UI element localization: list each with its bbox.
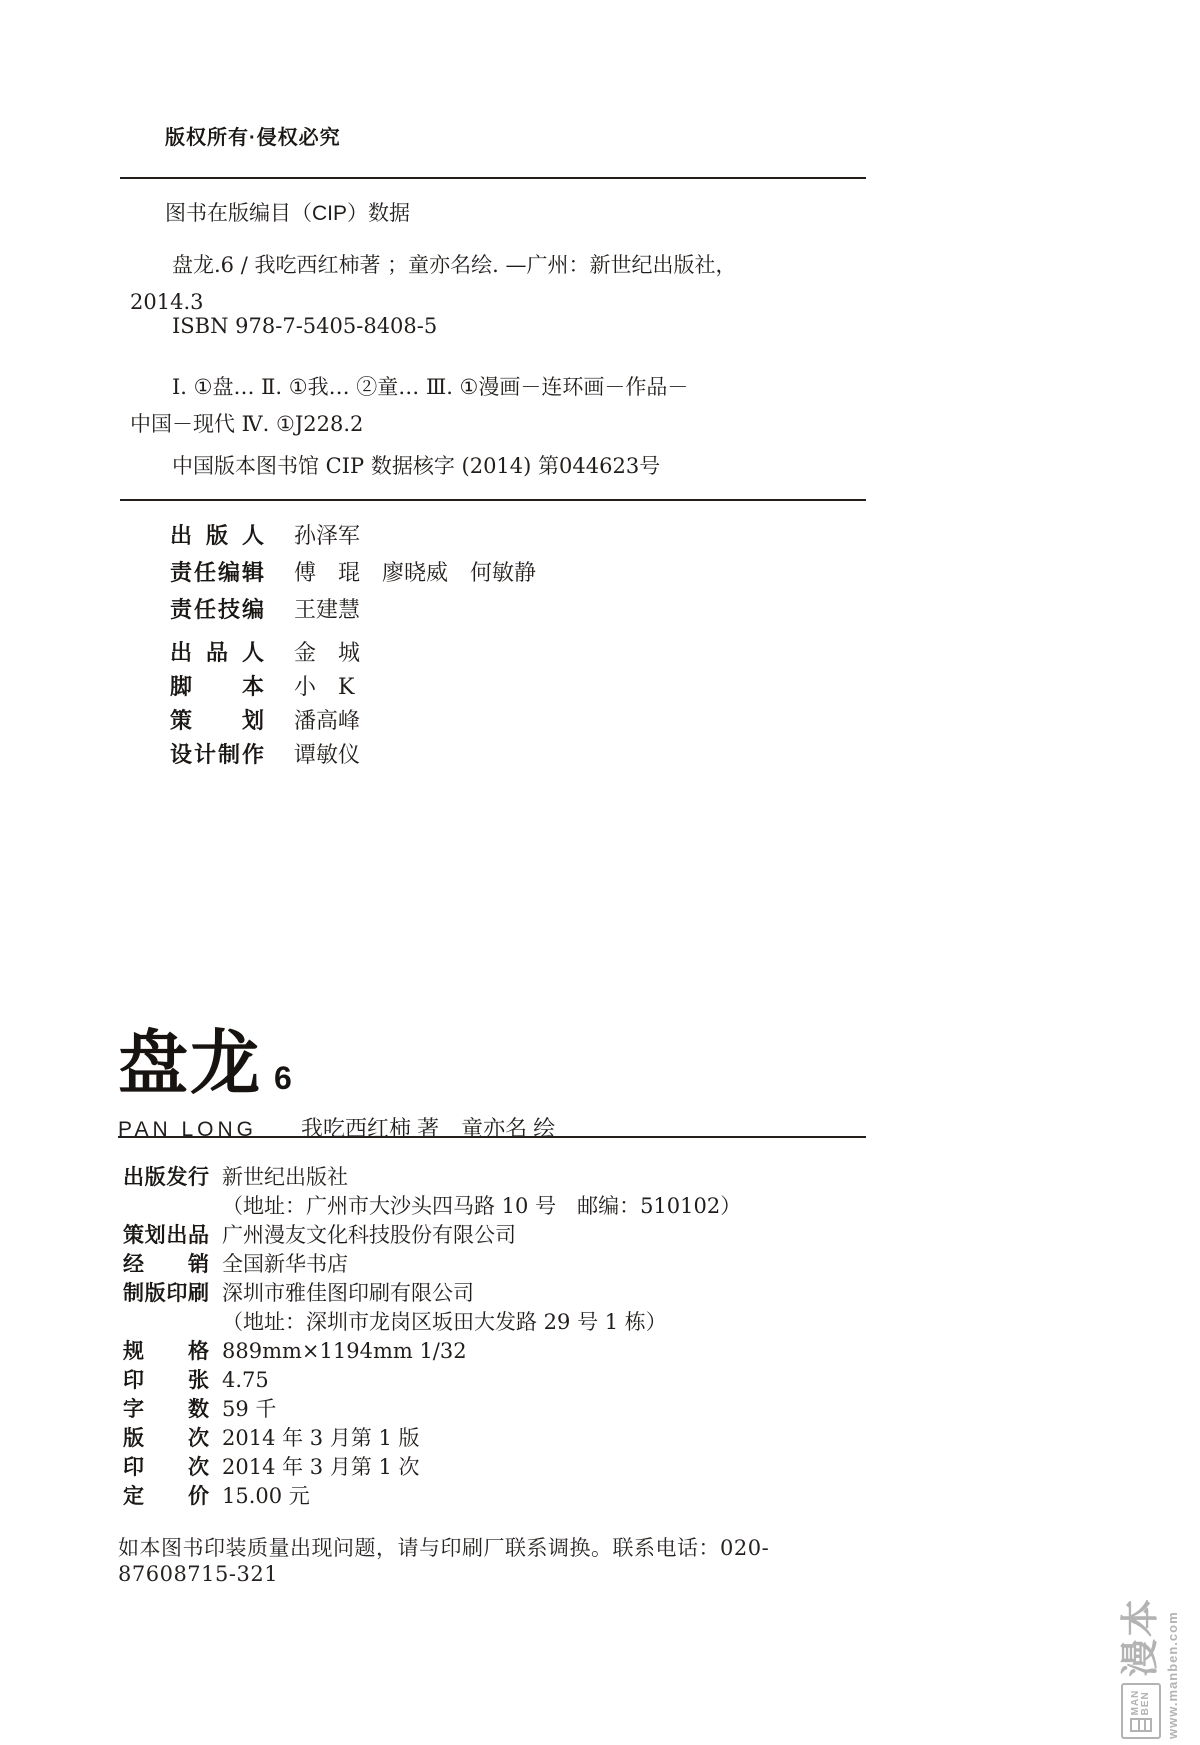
data-row: 责任编辑傅 琨 廖晓威 何敏静 [170,555,536,592]
data-row: 经销全国新华书店 [123,1250,741,1279]
cip-heading: 图书在版编目（CIP）数据 [165,197,410,227]
cip-record-number: 中国版本图书馆 CIP 数据核字 (2014) 第044623号 [172,450,660,480]
row-label: 印张 [123,1366,209,1395]
row-label: 脚本 [170,670,264,703]
row-value: 小 K [294,671,354,704]
data-row: 定价15.00 元 [123,1482,741,1511]
book-title: 盘龙 [118,1028,262,1098]
cip-entry-line1: 盘龙.6 / 我吃西红柿著 ；童亦名绘. —广州：新世纪出版社， [130,247,875,284]
row-value: 谭敏仪 [294,739,360,772]
row-value: 59 千 [222,1395,276,1424]
cip-entry: 盘龙.6 / 我吃西红柿著 ；童亦名绘. —广州：新世纪出版社， 2014.3 [130,247,875,321]
author-credits: 我吃西红柿 著 童亦名 绘 [301,1112,555,1143]
manben-watermark: MAN BEN 漫本 www.manben.com [1121,1579,1199,1739]
row-value: 新世纪出版社 [222,1163,348,1192]
isbn: ISBN 978-7-5405-8408-5 [172,314,437,338]
row-label: 经销 [123,1250,209,1279]
row-value: 15.00 元 [222,1482,310,1511]
row-value: 孙泽军 [294,519,360,555]
row-value: 2014 年 3 月第 1 次 [222,1453,420,1482]
romanized-title: PAN LONG [118,1118,257,1142]
cip-classification-line2: 中国－现代 Ⅳ. ①J228.2 [130,406,875,443]
row-note: （地址：深圳市龙岗区坂田大发路 29 号 1 栋） [222,1308,667,1337]
copyright-page: 版权所有·侵权必究 图书在版编目（CIP）数据 盘龙.6 / 我吃西红柿著 ；童… [0,0,1200,1745]
staff-group-producers: 出品人金 城脚本小 K策划潘高峰设计制作谭敏仪 [170,636,360,772]
row-label-spacer [123,1192,209,1221]
title-row: 盘龙 6 [118,1028,555,1098]
data-row: 出品人金 城 [170,636,360,670]
row-label: 制版印刷 [123,1279,209,1308]
row-label: 印次 [123,1453,209,1482]
manben-logo-icon: MAN BEN [1121,1683,1161,1739]
data-row: 印次2014 年 3 月第 1 次 [123,1453,741,1482]
row-value: 2014 年 3 月第 1 版 [222,1424,420,1453]
data-row: 版次2014 年 3 月第 1 版 [123,1424,741,1453]
row-value: 深圳市雅佳图印刷有限公司 [222,1279,474,1308]
row-label: 出品人 [170,636,264,669]
book-volume-number: 6 [274,1062,292,1094]
data-row: 制版印刷深圳市雅佳图印刷有限公司 [123,1279,741,1308]
row-label: 责任技编 [170,592,264,628]
watermark-logo-row: MAN BEN 漫本 [1121,1579,1161,1739]
data-row-note: （地址：广州市大沙头四马路 10 号 邮编：510102） [123,1192,741,1221]
row-label: 规格 [123,1337,209,1366]
divider-line [120,177,866,179]
title-block: 盘龙 6 PAN LONG 我吃西红柿 著 童亦名 绘 [118,1028,555,1143]
row-value: 889mm×1194mm 1/32 [222,1337,467,1366]
row-label: 定价 [123,1482,209,1511]
row-label: 设计制作 [170,738,264,771]
watermark-cn-text: 漫本 [1122,1597,1160,1677]
data-row: 规格889mm×1194mm 1/32 [123,1337,741,1366]
row-label: 出版人 [170,518,264,554]
data-row: 设计制作谭敏仪 [170,738,360,772]
row-label: 版次 [123,1424,209,1453]
row-label: 策划出品 [123,1221,209,1250]
data-row: 策划出品广州漫友文化科技股份有限公司 [123,1221,741,1250]
copyright-notice: 版权所有·侵权必究 [165,121,341,150]
row-value: 王建慧 [294,593,360,629]
row-label: 责任编辑 [170,555,264,591]
data-row: 责任技编王建慧 [170,592,536,629]
watermark-en-bottom: BEN [1141,1690,1151,1716]
data-row-note: （地址：深圳市龙岗区坂田大发路 29 号 1 栋） [123,1308,741,1337]
row-label-spacer [123,1308,209,1337]
row-value: 金 城 [294,637,360,670]
data-row: 印张4.75 [123,1366,741,1395]
row-value: 傅 琨 廖晓威 何敏静 [294,556,536,592]
row-value: 4.75 [222,1366,269,1395]
staff-group-editors: 出版人孙泽军责任编辑傅 琨 廖晓威 何敏静责任技编王建慧 [170,518,536,629]
data-row: 字数59 千 [123,1395,741,1424]
row-label: 策划 [170,704,264,737]
row-label: 字数 [123,1395,209,1424]
data-row: 出版发行新世纪出版社 [123,1163,741,1192]
row-label: 出版发行 [123,1163,209,1192]
quality-notice: 如本图书印装质量出现问题，请与印刷厂联系调换。联系电话：020-87608715… [118,1532,878,1586]
divider-line [120,499,866,501]
data-row: 策划潘高峰 [170,704,360,738]
subtitle-row: PAN LONG 我吃西红柿 著 童亦名 绘 [118,1112,555,1143]
row-value: 潘高峰 [294,705,360,738]
divider-line [118,1136,866,1138]
row-value: 全国新华书店 [222,1250,348,1279]
watermark-url: www.manben.com [1165,1579,1180,1739]
row-value: 广州漫友文化科技股份有限公司 [222,1221,516,1250]
book-grid-icon [1130,1718,1152,1732]
data-row: 出版人孙泽军 [170,518,536,555]
cip-classification-line1: Ⅰ. ①盘… Ⅱ. ①我… ②童… Ⅲ. ①漫画－连环画－作品－ [130,369,875,406]
publication-details: 出版发行新世纪出版社 （地址：广州市大沙头四马路 10 号 邮编：510102）… [123,1163,741,1511]
watermark-en-letters: MAN BEN [1131,1690,1151,1716]
cip-classification: Ⅰ. ①盘… Ⅱ. ①我… ②童… Ⅲ. ①漫画－连环画－作品－ 中国－现代 Ⅳ… [130,369,875,443]
data-row: 脚本小 K [170,670,360,704]
row-note: （地址：广州市大沙头四马路 10 号 邮编：510102） [222,1192,741,1221]
